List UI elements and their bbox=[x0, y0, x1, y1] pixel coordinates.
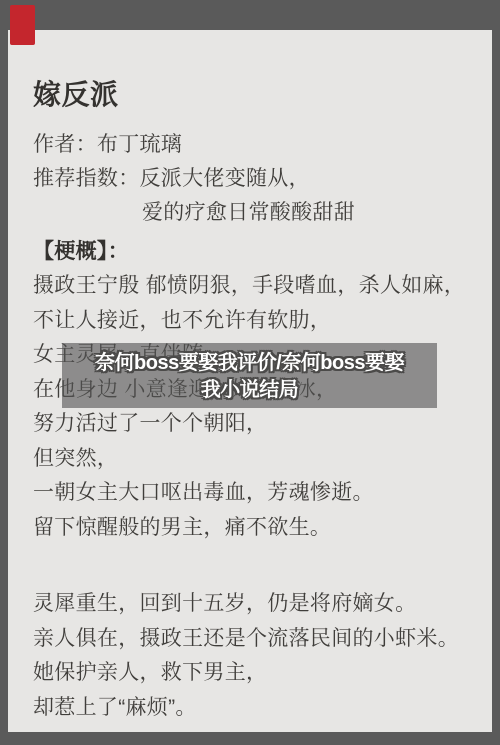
rating-line-2: 爱的疗愈日常酸酸甜甜 bbox=[33, 196, 478, 231]
synopsis-line: 不让人接近，也不允许有软肋， bbox=[33, 304, 478, 339]
synopsis-line: 努力活过了一个个朝阳， bbox=[33, 407, 478, 442]
synopsis-line: 留下惊醒般的男主，痛不欲生。 bbox=[33, 511, 478, 546]
page-frame: 嫁反派 作者：布丁琉璃 推荐指数：反派大佬变随从， 爱的疗愈日常酸酸甜甜 【梗概… bbox=[0, 0, 500, 745]
synopsis-line: 却惹上了“麻烦”。 bbox=[33, 691, 478, 726]
synopsis-paragraph-2: 灵犀重生，回到十五岁，仍是将府嫡女。亲人俱在，摄政王还是个流落民间的小虾米。她保… bbox=[33, 587, 478, 725]
author-line: 作者：布丁琉璃 bbox=[33, 128, 478, 163]
synopsis-line: 灵犀重生，回到十五岁，仍是将府嫡女。 bbox=[33, 587, 478, 622]
synopsis-line: 亲人俱在，摄政王还是个流落民间的小虾米。 bbox=[33, 622, 478, 657]
synopsis-label: 【梗概】： bbox=[33, 235, 478, 270]
watermark-line-1: 奈何boss要娶我评价/奈何boss要娶 bbox=[95, 350, 404, 377]
synopsis-line: 她保护亲人，救下男主， bbox=[33, 656, 478, 691]
watermark-overlay: 奈何boss要娶我评价/奈何boss要娶 我小说结局 bbox=[62, 343, 437, 408]
synopsis-line: 摄政王宁殷 郁愤阴狠，手段嗜血，杀人如麻， bbox=[33, 269, 478, 304]
synopsis-line: 一朝女主大口呕出毒血，芳魂惨逝。 bbox=[33, 476, 478, 511]
watermark-line-2: 我小说结局 bbox=[201, 377, 299, 404]
book-title: 嫁反派 bbox=[33, 76, 478, 114]
article-card: 嫁反派 作者：布丁琉璃 推荐指数：反派大佬变随从， 爱的疗愈日常酸酸甜甜 【梗概… bbox=[8, 30, 492, 732]
synopsis-line: 但突然， bbox=[33, 442, 478, 477]
rating-line-1: 推荐指数：反派大佬变随从， bbox=[33, 162, 478, 197]
red-ribbon-badge bbox=[10, 5, 35, 45]
